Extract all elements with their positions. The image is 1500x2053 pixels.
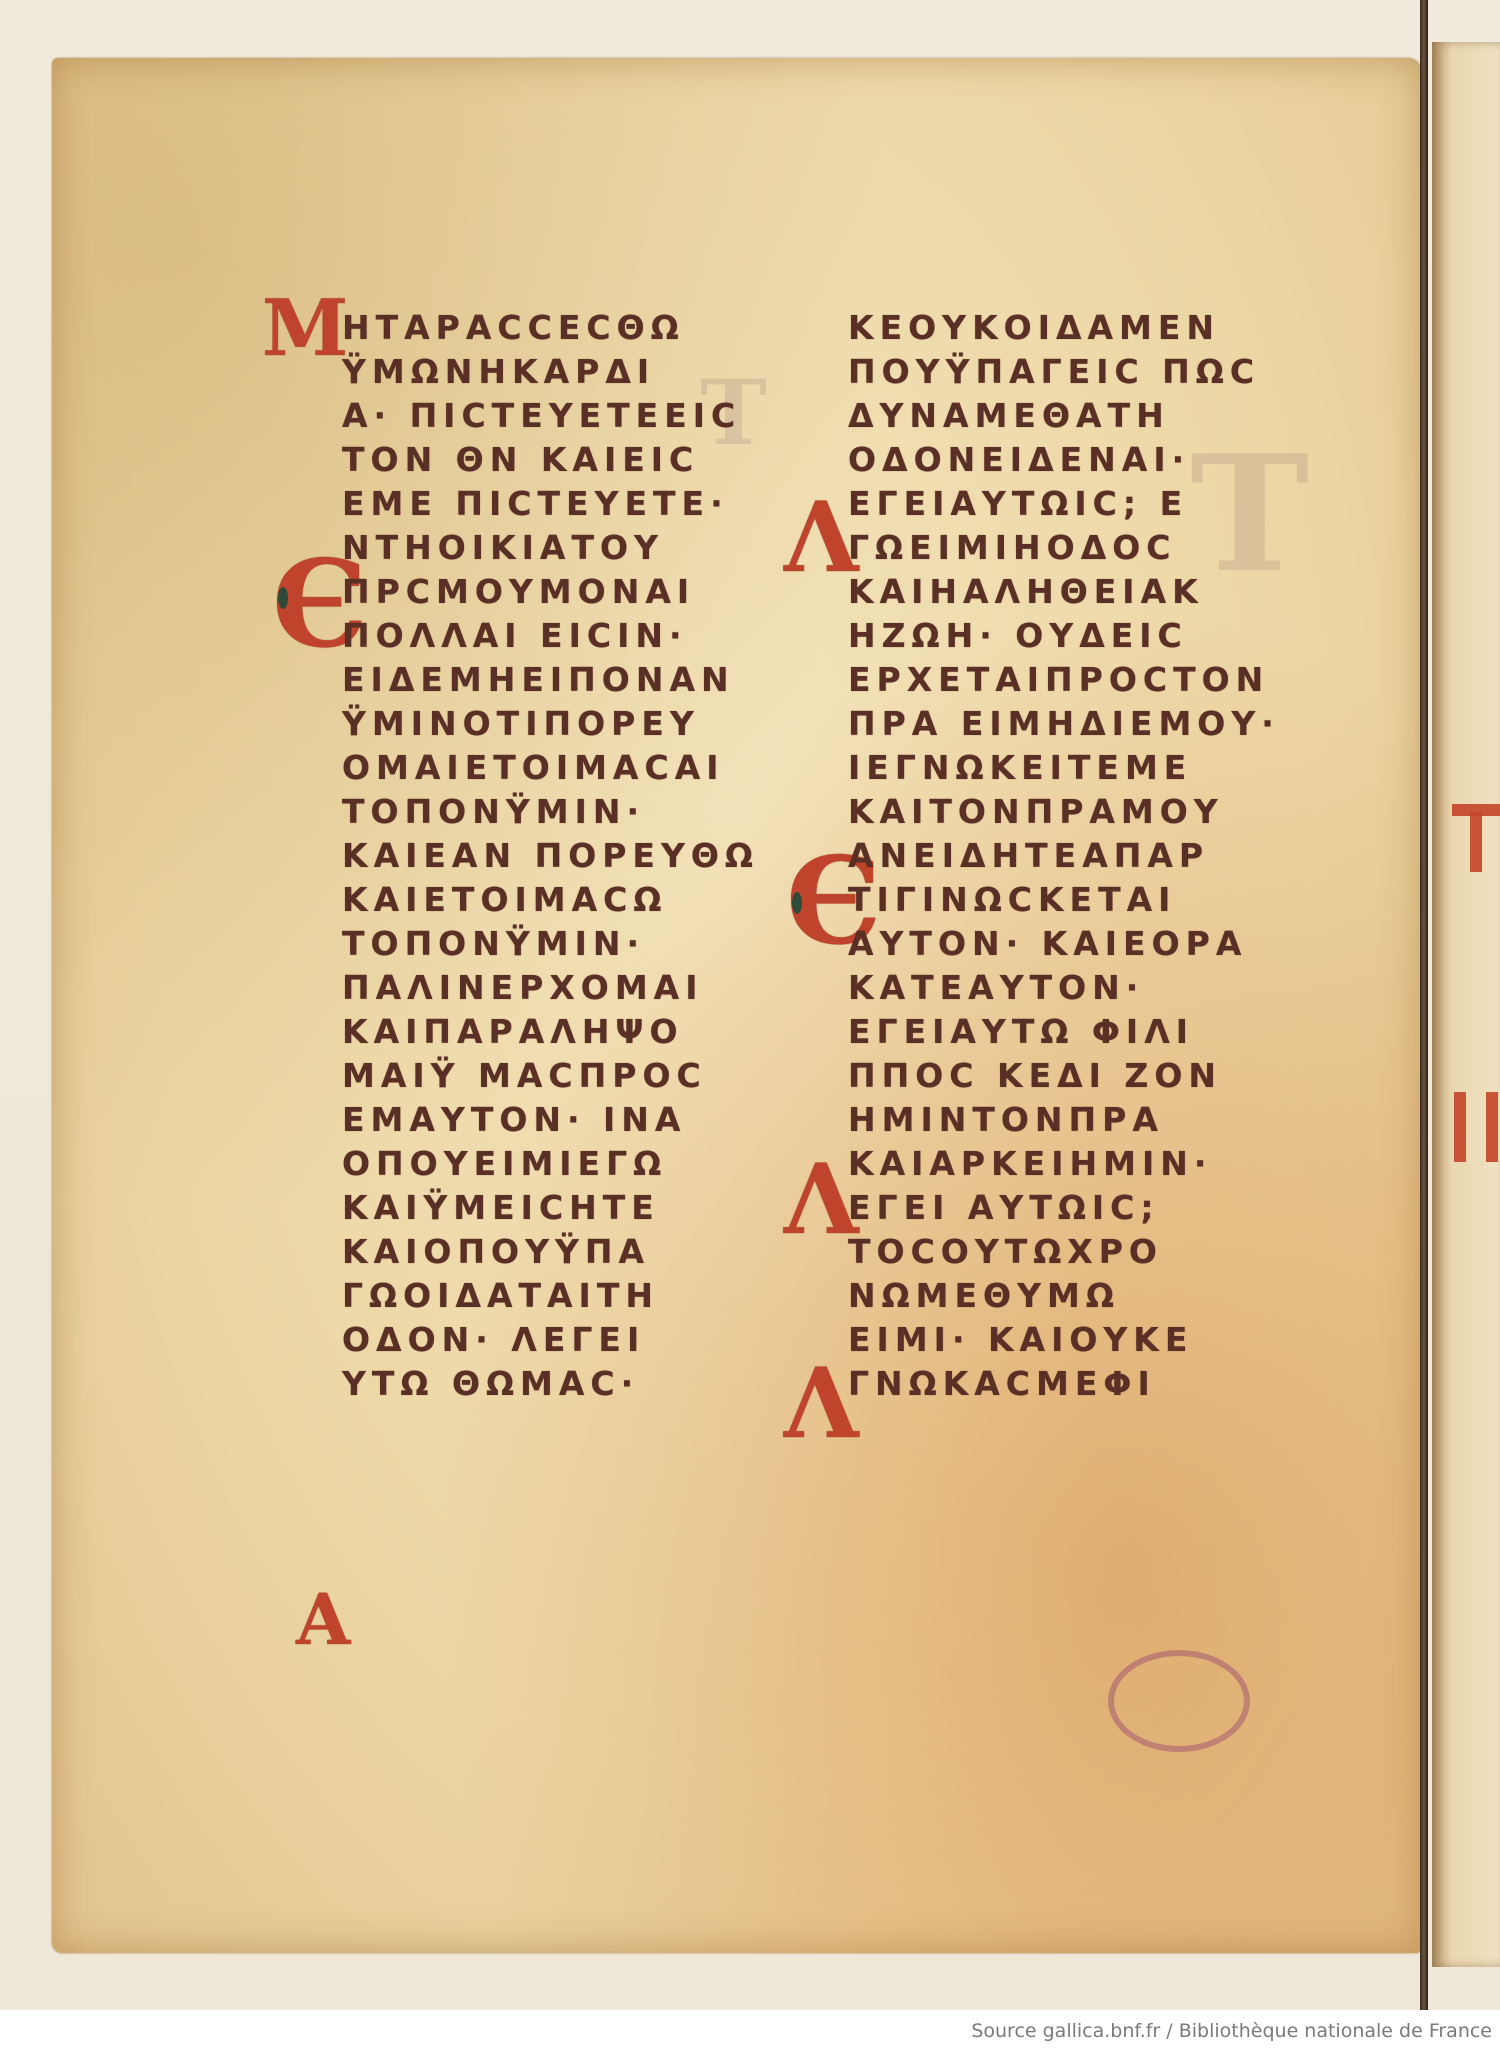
text-line: ΑΝΕΙΔΗΤΕΑΠΑΡ <box>848 834 1280 878</box>
text-line: ΚΑΙΕΤΟΙΜΑϹΩ <box>342 878 759 922</box>
green-ornament <box>792 892 802 914</box>
text-line: ΔΥΝΑΜΕΘΑΤΗ <box>848 394 1280 438</box>
text-line: ΗΜΙΝΤΟΝΠΡΑ <box>848 1098 1280 1142</box>
text-line: ΕΜΑΥΤΟΝ· ΙΝΑ <box>342 1098 759 1142</box>
text-line: ΝΤΗΟΙΚΙΑΤΟΥ <box>342 526 759 570</box>
text-line: ΕΡΧΕΤΑΙΠΡΟϹΤΟΝ <box>848 658 1280 702</box>
binding-gutter <box>1420 0 1428 2010</box>
text-line: ΚΑΙΕΑΝ ΠΟΡΕΥΘΩ <box>342 834 759 878</box>
text-line: ΤΟΠΟΝΫΜΙΝ· <box>342 922 759 966</box>
text-line: ΤΟϹΟΥΤΩΧΡΟ <box>848 1230 1280 1274</box>
text-line: ΚΑΙΟΠΟΥΫΠΑ <box>342 1230 759 1274</box>
text-line: ΑΥΤΟΝ· ΚΑΙΕΟΡΑ <box>848 922 1280 966</box>
text-line: ΕΜΕ ΠΙϹΤΕΥΕΤΕ· <box>342 482 759 526</box>
facing-rubric-p-2 <box>1486 1092 1498 1162</box>
text-line: ΠΡϹΜΟΥΜΟΝΑΙ <box>342 570 759 614</box>
text-line: ΠΠΟϹ ΚΕΔΙ ΖΟΝ <box>848 1054 1280 1098</box>
text-line: ΤΟΠΟΝΫΜΙΝ· <box>342 790 759 834</box>
text-line: ΓΩΕΙΜΙΗΟΔΟϹ <box>848 526 1280 570</box>
text-line: ΓΩΟΙΔΑΤΑΙΤΗ <box>342 1274 759 1318</box>
facing-page-edge <box>1432 42 1500 1967</box>
text-line: ΕΓΕΙΑΥΤΩΙϹ; Ε <box>848 482 1280 526</box>
text-line: ΠΟΥΫΠΑΓΕΙϹ ΠΩϹ <box>848 350 1280 394</box>
library-stamp <box>1108 1650 1250 1752</box>
text-line: ΚΑΙΤΟΝΠΡΑΜΟΥ <box>848 790 1280 834</box>
text-column-2: ΚΕΟΥΚΟΙΔΑΜΕΝ ΠΟΥΫΠΑΓΕΙϹ ΠΩϹ ΔΥΝΑΜΕΘΑΤΗ Ο… <box>848 306 1280 1406</box>
text-line: ΫΜΙΝΟΤΙΠΟΡΕΥ <box>342 702 759 746</box>
initial-alpha: Α <box>296 1585 350 1655</box>
text-line: ΟΔΟΝΕΙΔΕΝΑΙ· <box>848 438 1280 482</box>
text-line: ΥΤΩ ΘΩΜΑϹ· <box>342 1362 759 1406</box>
text-line: ΜΑΙΫ ΜΑϹΠΡΟϹ <box>342 1054 759 1098</box>
text-line: ΓΝΩΚΑϹΜΕΦΙ <box>848 1362 1280 1406</box>
text-line: ΕΙΜΙ· ΚΑΙΟΥΚΕ <box>848 1318 1280 1362</box>
facing-rubric-t-stem <box>1470 812 1482 872</box>
text-line: ΗΤΑΡΑϹϹΕϹΘΩ <box>342 306 759 350</box>
text-line: ΠΑΛΙΝΕΡΧΟΜΑΙ <box>342 966 759 1010</box>
green-ornament <box>278 587 288 609</box>
text-line: ΟΜΑΙΕΤΟΙΜΑϹΑΙ <box>342 746 759 790</box>
text-line: ΠΟΛΛΑΙ ΕΙϹΙΝ· <box>342 614 759 658</box>
facing-rubric-p <box>1454 1092 1466 1162</box>
text-line: ΫΜΩΝΗΚΑΡΔΙ <box>342 350 759 394</box>
source-credit: Source gallica.bnf.fr / Bibliothèque nat… <box>971 2020 1492 2042</box>
text-line: ΚΑΙΫΜΕΙϹΗΤΕ <box>342 1186 759 1230</box>
text-line: ΚΑΤΕΑΥΤΟΝ· <box>848 966 1280 1010</box>
text-line: ΚΑΙΑΡΚΕΙΗΜΙΝ· <box>848 1142 1280 1186</box>
text-line: ΟΠΟΥΕΙΜΙΕΓΩ <box>342 1142 759 1186</box>
text-line: ΕΙΔΕΜΗΕΙΠΟΝΑΝ <box>342 658 759 702</box>
text-line: ΝΩΜΕΘΥΜΩ <box>848 1274 1280 1318</box>
text-line: ΤΟΝ ΘΝ ΚΑΙΕΙϹ <box>342 438 759 482</box>
text-line: ΗΖΩΗ· ΟΥΔΕΙϹ <box>848 614 1280 658</box>
text-line: ΚΑΙΗΑΛΗΘΕΙΑΚ <box>848 570 1280 614</box>
initial-mu: Μ <box>262 290 348 368</box>
source-footer: Source gallica.bnf.fr / Bibliothèque nat… <box>0 2010 1500 2053</box>
text-line: ΟΔΟΝ· ΛΕΓΕΙ <box>342 1318 759 1362</box>
text-line: ΚΕΟΥΚΟΙΔΑΜΕΝ <box>848 306 1280 350</box>
text-line: ΤΙΓΙΝΩϹΚΕΤΑΙ <box>848 878 1280 922</box>
text-column-1: ΗΤΑΡΑϹϹΕϹΘΩ ΫΜΩΝΗΚΑΡΔΙ Α· ΠΙϹΤΕΥΕΤΕΕΙϹ Τ… <box>342 306 759 1406</box>
text-line: ΙΕΓΝΩΚΕΙΤΕΜΕ <box>848 746 1280 790</box>
text-line: Α· ΠΙϹΤΕΥΕΤΕΕΙϹ <box>342 394 759 438</box>
text-line: ΕΓΕΙΑΥΤΩ ΦΙΛΙ <box>848 1010 1280 1054</box>
text-line: ΕΓΕΙ ΑΥΤΩΙϹ; <box>848 1186 1280 1230</box>
text-line: ΠΡΑ ΕΙΜΗΔΙΕΜΟΥ· <box>848 702 1280 746</box>
text-line: ΚΑΙΠΑΡΑΛΗΨΟ <box>342 1010 759 1054</box>
